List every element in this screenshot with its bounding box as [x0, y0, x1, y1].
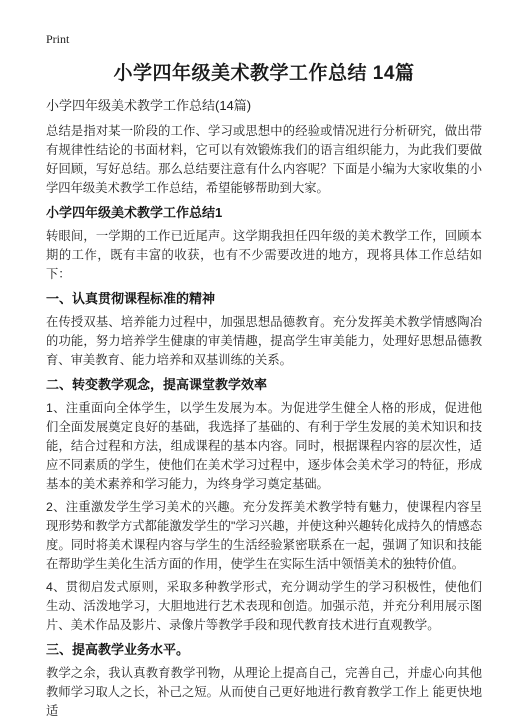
part-1-paragraph: 在传授双基、培养能力过程中，加强思想品德教育。充分发挥美术教学情感陶冶的功能，努… [46, 313, 482, 370]
print-link[interactable]: Print [46, 31, 69, 47]
document-title: 小学四年级美术教学工作总结 14篇 [46, 61, 482, 87]
print-preview-window: { "toolbar": { "print_label": "Print" },… [0, 0, 520, 718]
part-3-paragraph: 教学之余，我认真教育教学刊物，从理论上提高自己，完善自己，并虚心向其他教师学习取… [46, 664, 482, 718]
document-page: Print 小学四年级美术教学工作总结 14篇 小学四年级美术教学工作总结(14… [0, 0, 520, 718]
part-2-paragraph-3: 4、贯彻启发式原则，采取多种教学形式，充分调动学生的学习积极性，使他们生动、活泼… [46, 578, 482, 635]
intro-paragraph: 总结是指对某一阶段的工作、学习或思想中的经验或情况进行分析研究，做出带有规律性结… [46, 122, 482, 198]
part-1-heading: 一、认真贯彻课程标准的精神 [46, 288, 482, 309]
document-subtitle: 小学四年级美术教学工作总结(14篇) [46, 96, 482, 115]
part-3-heading: 三、提高教学业务水平。 [46, 639, 482, 660]
section-1-opening-paragraph: 转眼间，一学期的工作已近尾声。这学期我担任四年级的美术教学工作，回顾本期的工作，… [46, 227, 482, 284]
part-2-paragraph-2: 2、注重激发学生学习美术的兴趣。充分发挥美术教学特有魅力，使课程内容呈现形势和教… [46, 498, 482, 574]
part-2-paragraph-1: 1、注重面向全体学生，以学生发展为本。为促进学生健全人格的形成，促进他们全面发展… [46, 399, 482, 494]
part-2-heading: 二、转变教学观念，提高课堂教学效率 [46, 374, 482, 395]
section-1-heading: 小学四年级美术教学工作总结1 [46, 202, 482, 223]
